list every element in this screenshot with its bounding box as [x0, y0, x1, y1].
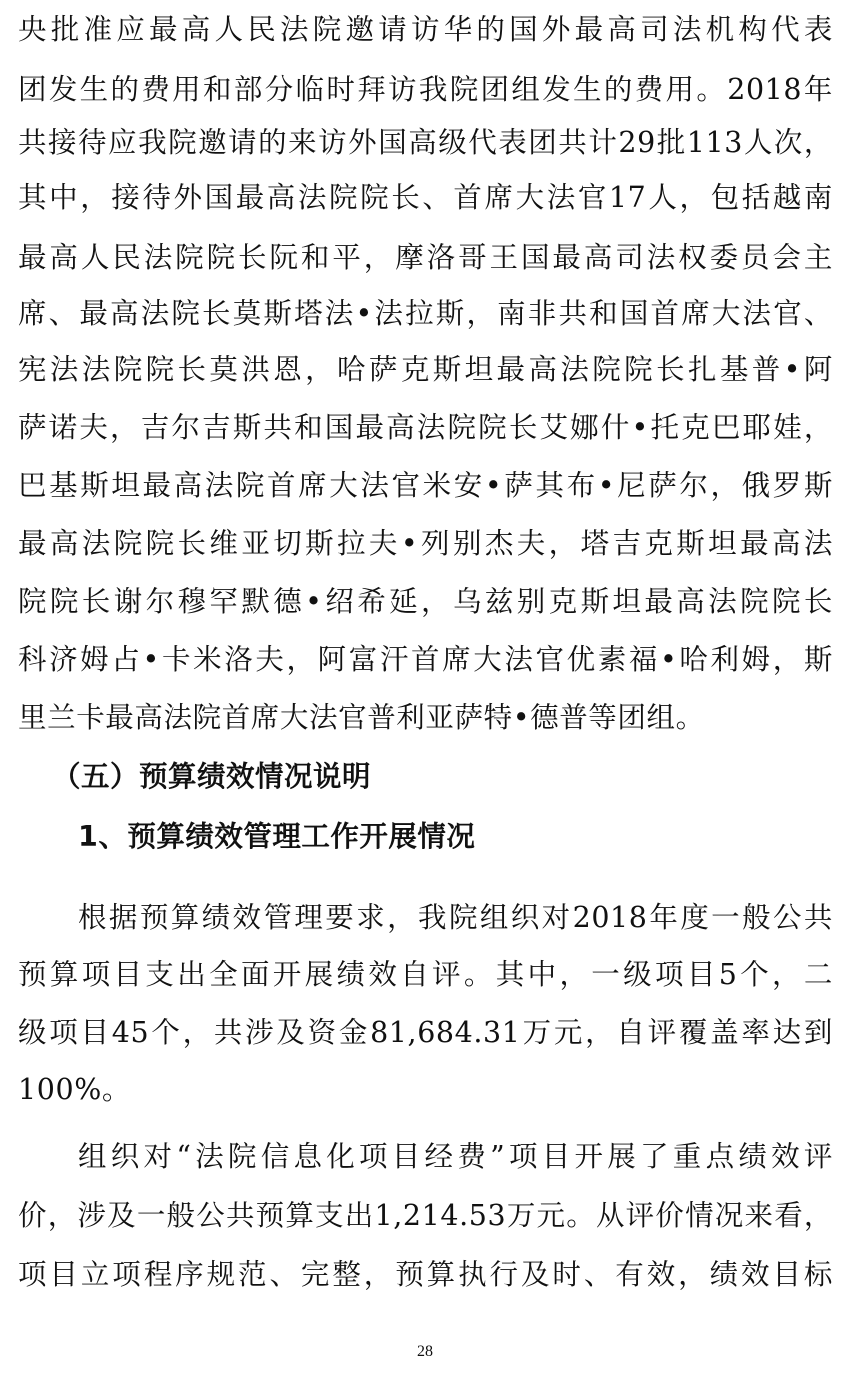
text-line: 项目立项程序规范、完整，预算执行及时、有效，绩效目标: [18, 1255, 833, 1295]
text-line: 席、最高法院长莫斯塔法•法拉斯，南非共和国首席大法官、: [18, 294, 833, 334]
text-line: 100%。: [18, 1070, 833, 1110]
text-line: 价，涉及一般公共预算支出1,214.53万元。从评价情况来看，: [18, 1196, 833, 1236]
text-line: 最高人民法院院长阮和平，摩洛哥王国最高司法权委员会主: [18, 238, 833, 278]
text-line: 共接待应我院邀请的来访外国高级代表团共计29批113人次，: [18, 123, 833, 163]
text-line: 根据预算绩效管理要求，我院组织对2018年度一般公共: [78, 898, 833, 938]
text-line: 央批准应最高人民法院邀请访华的国外最高司法机构代表: [18, 10, 833, 50]
text-line: 团发生的费用和部分临时拜访我院团组发生的费用。2018年: [18, 70, 833, 110]
text-line: 其中，接待外国最高法院院长、首席大法官17人，包括越南: [18, 178, 833, 218]
text-line: 萨诺夫，吉尔吉斯共和国最高法院院长艾娜什•托克巴耶娃，: [18, 408, 833, 448]
text-line: 组织对“法院信息化项目经费”项目开展了重点绩效评: [78, 1137, 833, 1177]
subsection-heading: 1、预算绩效管理工作开展情况: [78, 817, 475, 857]
text-line: 预算项目支出全面开展绩效自评。其中，一级项目5个，二: [18, 955, 833, 995]
text-line: 最高法院院长维亚切斯拉夫•列别杰夫，塔吉克斯坦最高法: [18, 524, 833, 564]
text-line: 科济姆占•卡米洛夫，阿富汗首席大法官优素福•哈利姆，斯: [18, 640, 833, 680]
text-line: 院院长谢尔穆罕默德•绍希延，乌兹别克斯坦最高法院院长: [18, 582, 833, 622]
text-line: 级项目45个，共涉及资金81,684.31万元，自评覆盖率达到: [18, 1013, 833, 1053]
section-heading: （五）预算绩效情况说明: [52, 757, 371, 797]
text-line: 巴基斯坦最高法院首席大法官米安•萨其布•尼萨尔，俄罗斯: [18, 466, 833, 506]
document-page: 央批准应最高人民法院邀请访华的国外最高司法机构代表 团发生的费用和部分临时拜访我…: [0, 0, 850, 1388]
page-number: 28: [0, 1342, 850, 1362]
text-line: 里兰卡最高法院首席大法官普利亚萨特•德普等团组。: [18, 698, 833, 738]
text-line: 宪法法院院长莫洪恩，哈萨克斯坦最高法院院长扎基普•阿: [18, 350, 833, 390]
